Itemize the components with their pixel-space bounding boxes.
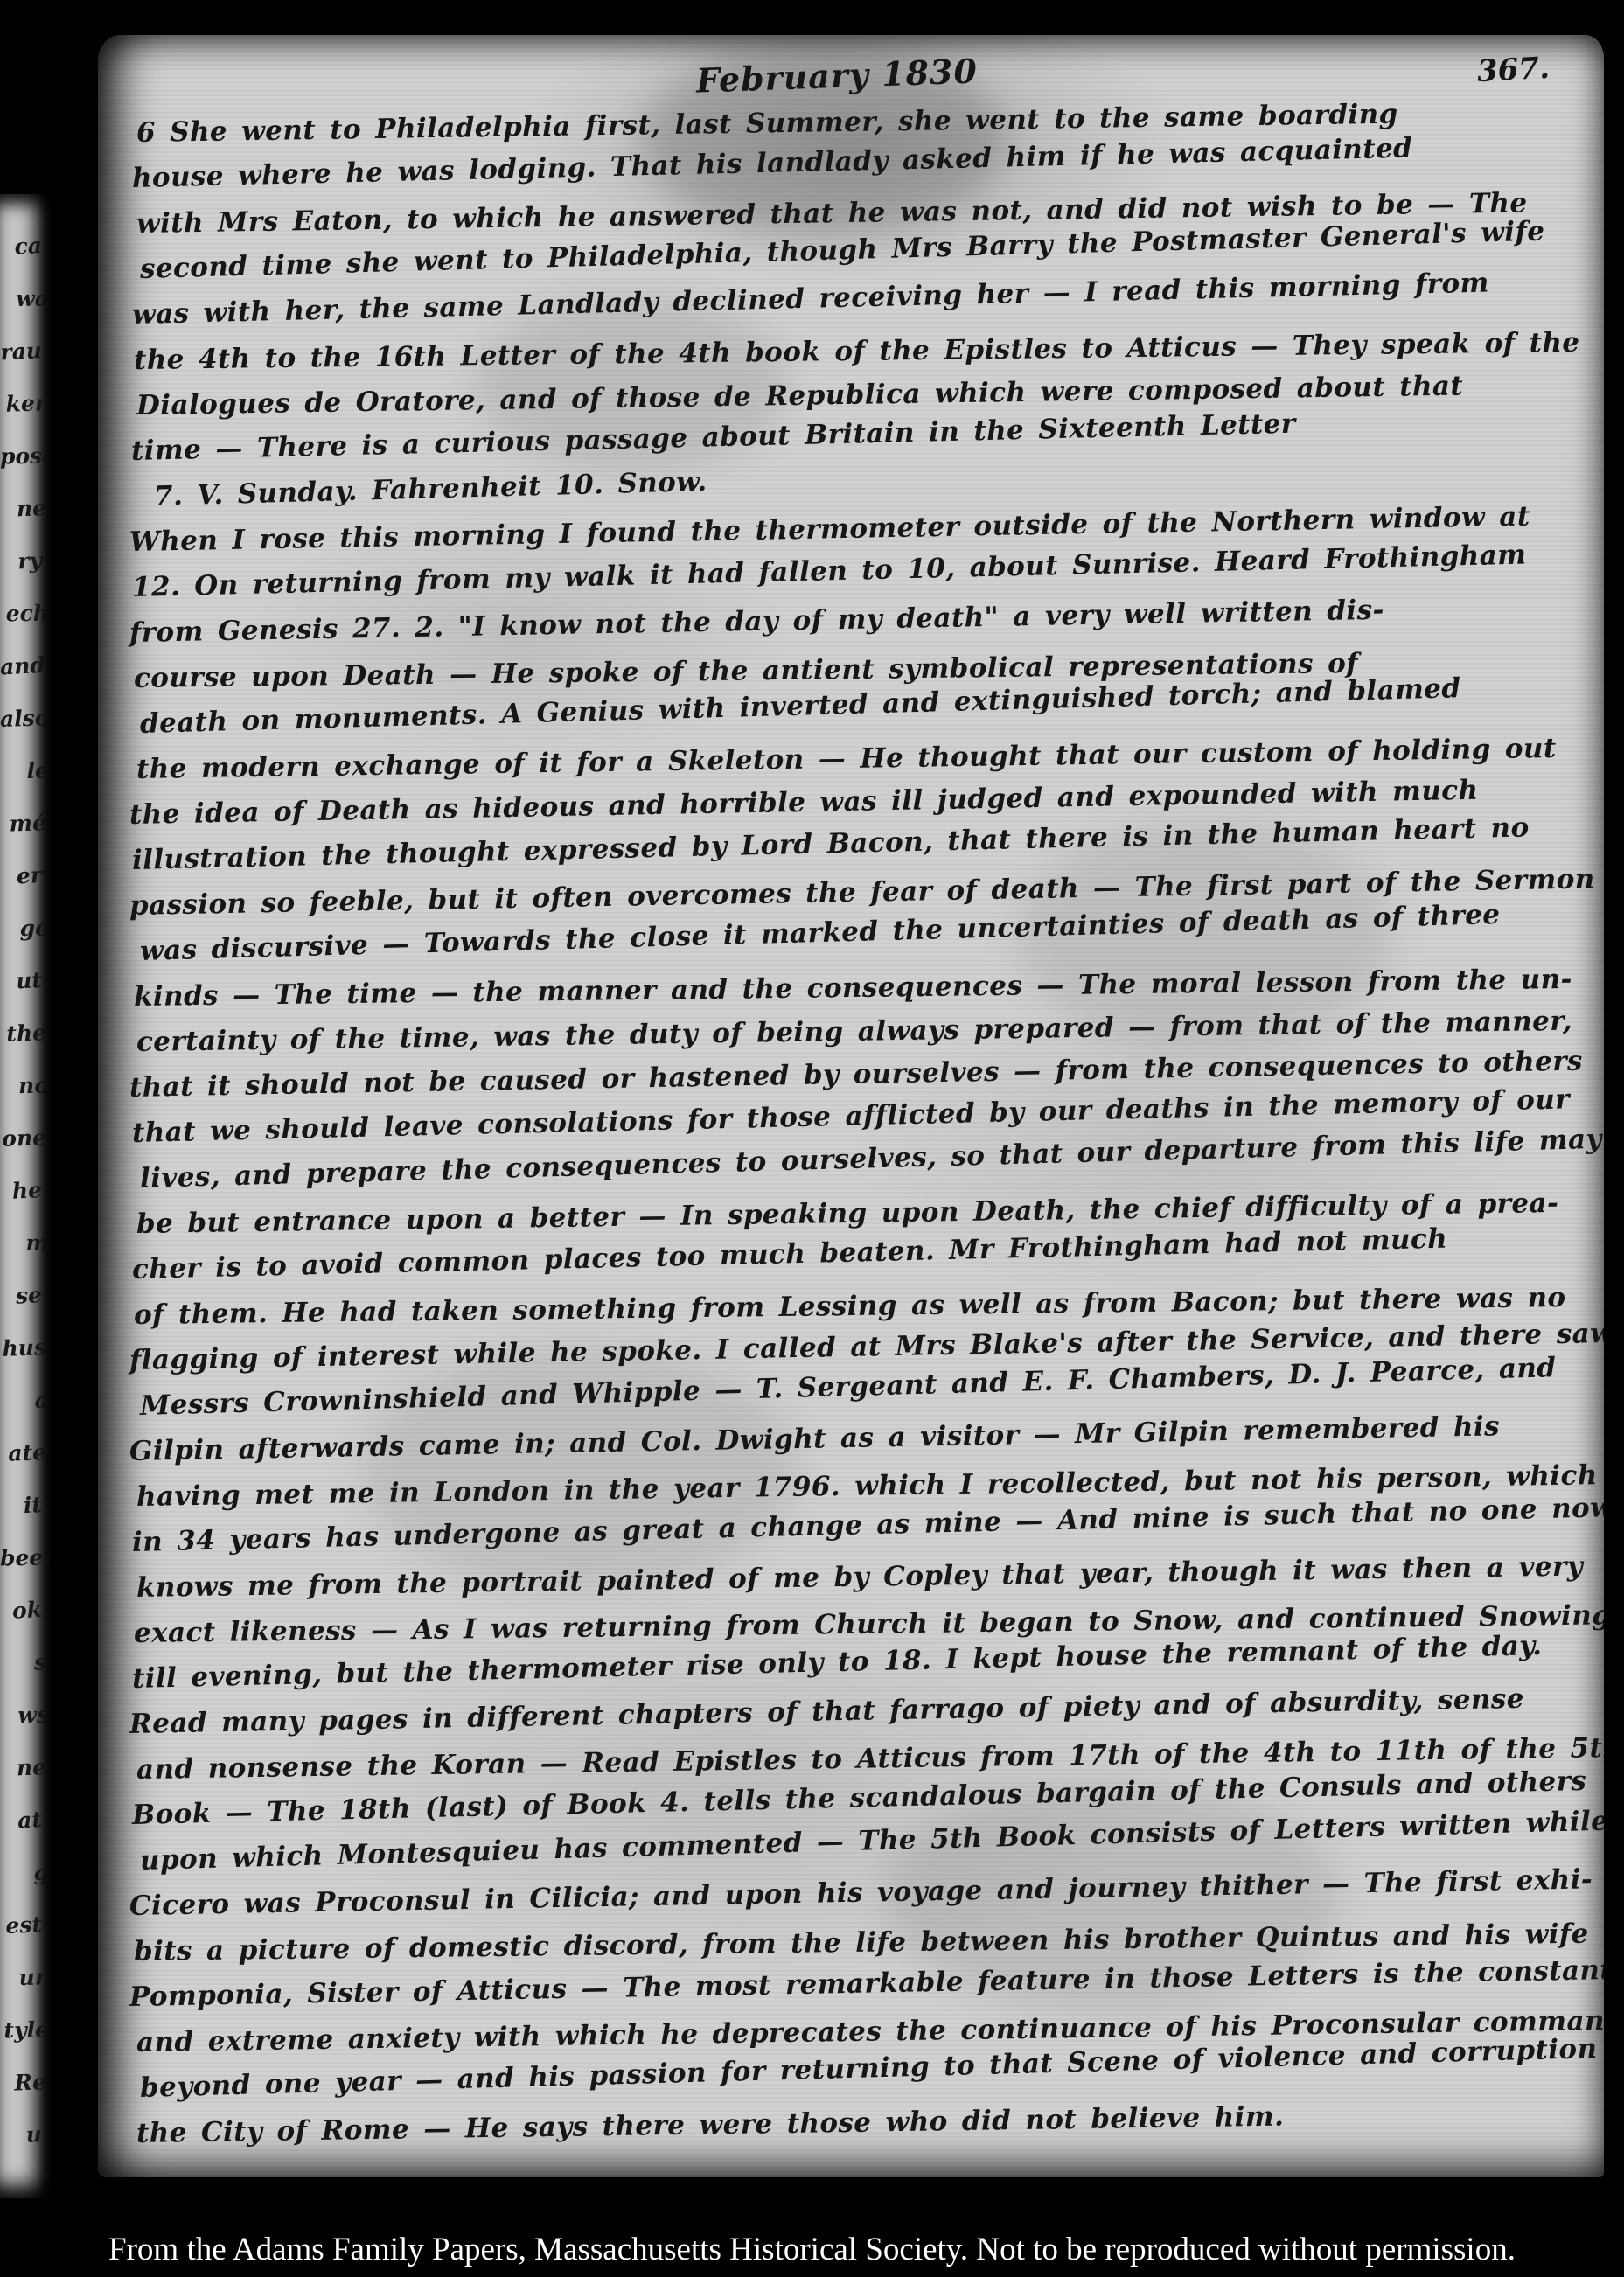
page-header-date: February 1830: [695, 51, 978, 100]
caption-text: From the Adams Family Papers, Massachuse…: [108, 2231, 1516, 2268]
diary-page: February 1830 367. 6 She went to Philade…: [98, 35, 1604, 2177]
manuscript-text: 6 She went to Philadelphia first, last S…: [129, 110, 1578, 2156]
caption-bar: From the Adams Family Papers, Massachuse…: [0, 2221, 1624, 2277]
manuscript-scan: cawaraukerposeneryechandalsoleméergeutth…: [0, 0, 1624, 2277]
book-gutter: [38, 0, 103, 2277]
page-number: 367.: [1476, 51, 1551, 89]
